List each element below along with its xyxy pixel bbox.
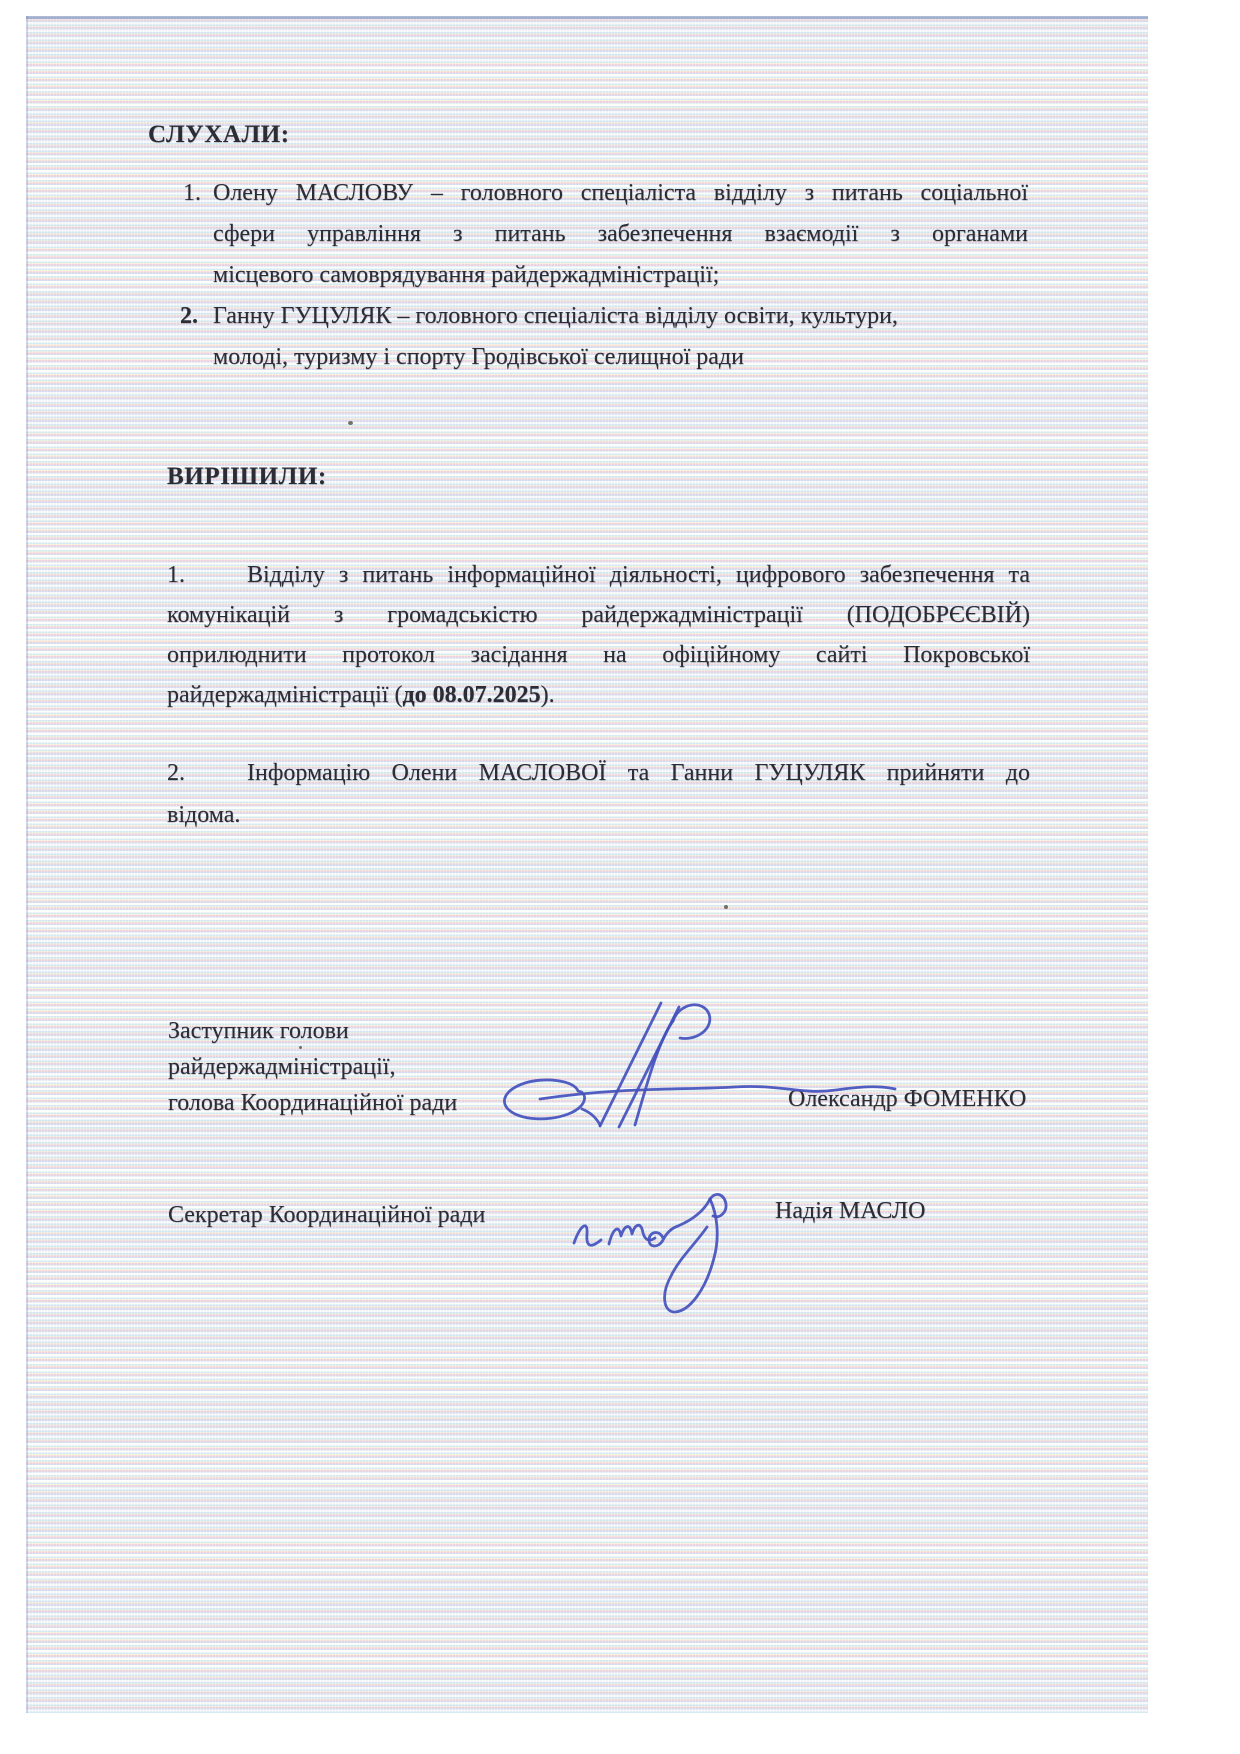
paragraph-line: комунікацій з громадськістю райдержадмін… xyxy=(167,600,1030,630)
list-item-line: Ганну ГУЦУЛЯК – головного спеціаліста ві… xyxy=(213,301,898,331)
signer-name: Надія МАСЛО xyxy=(775,1196,925,1226)
paragraph-line: Інформацію Олени МАСЛОВОЇ та Ганни ГУЦУЛ… xyxy=(247,758,1030,788)
scan-speck xyxy=(348,421,353,425)
paragraph-line: райдержадміністрації (до 08.07.2025). xyxy=(167,680,555,710)
signer-role-line: Секретар Координаційної ради xyxy=(168,1200,485,1230)
list-item-line: Олену МАСЛОВУ – головного спеціаліста ві… xyxy=(213,178,1028,208)
scan-speck xyxy=(724,905,728,909)
scanned-document-page: СЛУХАЛИ: 1. Олену МАСЛОВУ – головного сп… xyxy=(0,0,1240,1754)
paragraph-line: відома. xyxy=(167,800,240,830)
list-item-line: місцевого самоврядування райдержадмініст… xyxy=(213,260,719,290)
deadline-date: до 08.07.2025 xyxy=(402,682,540,708)
list-item-line: сфери управління з питань забезпечення в… xyxy=(213,219,1028,249)
signer-role-line: Заступник голови xyxy=(168,1016,349,1046)
line-text: райдержадміністрації ( xyxy=(167,682,402,708)
scan-speck xyxy=(299,1046,302,1049)
list-marker: 1. xyxy=(183,178,201,208)
list-marker: 2. xyxy=(180,301,198,331)
paragraph-line: Відділу з питань інформаційної діяльност… xyxy=(247,560,1030,590)
signature-maslo-ink xyxy=(560,1188,770,1333)
paragraph-marker: 1. xyxy=(167,560,185,590)
signature-fomenko-ink xyxy=(482,992,912,1142)
list-item-line: молоді, туризму і спорту Гродівської сел… xyxy=(213,342,744,372)
paragraph-line: оприлюднити протокол засідання на офіцій… xyxy=(167,640,1030,670)
line-text: ). xyxy=(541,682,555,708)
signer-role-line: голова Координаційної ради xyxy=(168,1088,457,1118)
signer-role-line: райдержадміністрації, xyxy=(168,1052,395,1082)
paragraph-marker: 2. xyxy=(167,758,185,788)
heard-heading: СЛУХАЛИ: xyxy=(148,120,290,150)
decided-heading: ВИРІШИЛИ: xyxy=(167,462,327,492)
